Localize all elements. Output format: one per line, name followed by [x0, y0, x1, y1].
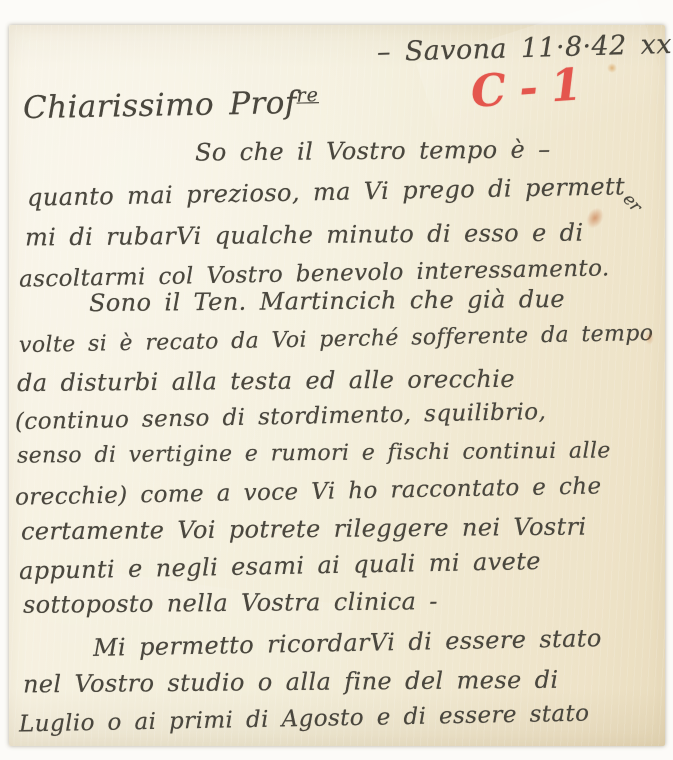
archive-mark: C - 1: [469, 59, 585, 118]
letter-line: Sono il Ten. Martincich che già due: [89, 285, 565, 317]
letter-line: volte si è recato da Voi perché sofferen…: [19, 321, 654, 358]
letter-line: Luglio o ai primi di Agosto e di essere …: [19, 701, 590, 738]
salutation-text: Chiarissimo Prof: [23, 85, 297, 126]
letter-line: da disturbi alla testa ed alle orecchie: [17, 365, 515, 397]
letter-line: Mi permetto ricordarVi di essere stato: [93, 624, 602, 662]
letter-line: senso di vertigine e rumori e fischi con…: [17, 438, 611, 468]
salutation-superscript: re: [296, 84, 319, 106]
salutation: Chiarissimo Profre: [23, 84, 320, 126]
letter-line: appunti e negli esami ai quali mi avete: [19, 547, 541, 585]
letter-line: So che il Vostro tempo è –: [195, 135, 551, 166]
letter-line: sottoposto nella Vostra clinica -: [23, 587, 438, 619]
letter-line: orecchie) come a voce Vi ho raccontato e…: [15, 473, 602, 510]
letter-paper: – Savona 11·8·42 xx C - 1 Chiarissimo Pr…: [9, 25, 665, 746]
letter-line: mi di rubarVi qualche minuto di esso e d…: [25, 219, 584, 252]
letter-line: nel Vostro studio o alla fine del mese d…: [23, 666, 559, 699]
scan-background: – Savona 11·8·42 xx C - 1 Chiarissimo Pr…: [0, 0, 673, 760]
rust-stain: [607, 63, 617, 73]
letter-line: quanto mai prezioso, ma Vi prego di perm…: [27, 172, 625, 211]
rust-stain: [583, 204, 608, 231]
letter-line: certamente Voi potrete rileggere nei Vos…: [21, 513, 587, 546]
letter-line: (continuo senso di stordimento, squilibr…: [15, 399, 547, 435]
